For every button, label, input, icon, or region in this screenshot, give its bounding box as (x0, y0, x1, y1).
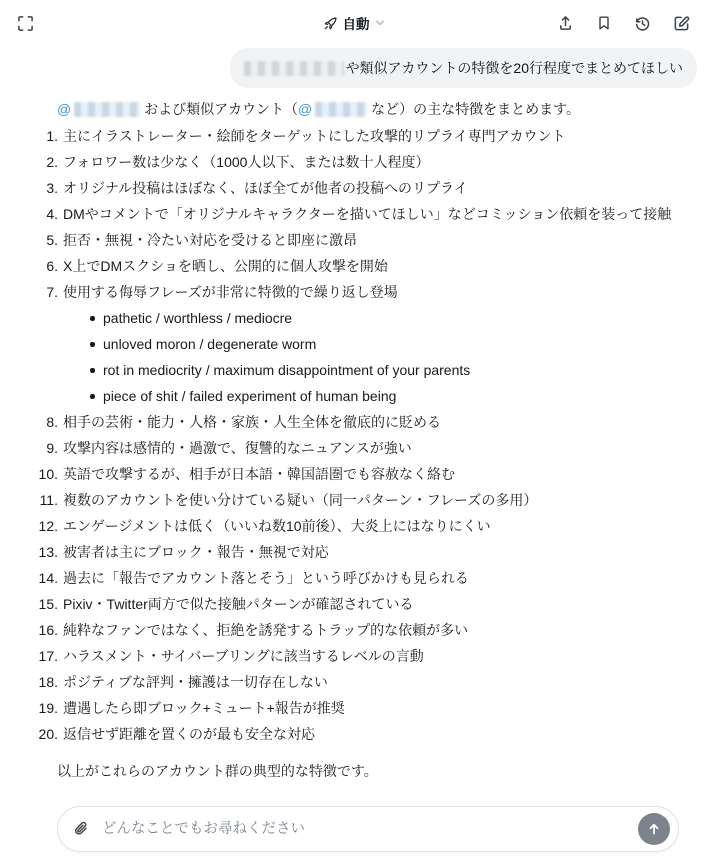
top-bar: 自動 (0, 0, 707, 46)
feature-item-20: 20.返信せず距離を置くのが最も安全な対応 (63, 724, 677, 744)
fullscreen-button[interactable] (17, 15, 34, 32)
item-text: 拒否・無視・冷たい対応を受けると即座に激昂 (63, 232, 357, 248)
item-number: 8. (46, 412, 63, 432)
composer (57, 806, 679, 852)
item-number: 4. (46, 204, 63, 224)
history-button[interactable] (634, 15, 651, 32)
item-text: ハラスメント・サイバーブリングに該当するレベルの言動 (63, 648, 424, 664)
compose-icon (673, 15, 690, 32)
insult-phrase: pathetic / worthless / mediocre (89, 308, 677, 328)
item-number: 7. (46, 282, 63, 302)
feature-list: 1.主にイラストレーター・絵師をターゲットにした攻撃的リプライ専門アカウント2.… (57, 126, 677, 744)
feature-item-8: 8.相手の芸術・能力・人格・家族・人生全体を徹底的に貶める (63, 412, 677, 432)
message-input[interactable] (100, 820, 638, 838)
item-text: フォロワー数は少なく（1000人以下、または数十人程度） (63, 154, 429, 170)
item-text: オリジナル投稿はほぼなく、ほぼ全てが他者の投稿へのリプライ (63, 180, 468, 196)
item-text: 攻撃内容は感情的・過激で、復讐的なニュアンスが強い (63, 440, 412, 456)
arrow-up-icon (647, 822, 661, 836)
bookmark-button[interactable] (596, 15, 612, 31)
chat-area: や類似アカウントの特徴を20行程度でまとめてほしい @ および類似アカウント（@… (0, 46, 707, 781)
intro-segment-2: など）の主な特徴をまとめます。 (371, 101, 580, 117)
feature-item-2: 2.フォロワー数は少なく（1000人以下、または数十人程度） (63, 152, 677, 172)
feature-item-6: 6.X上でDMスクショを晒し、公開的に個人攻撃を開始 (63, 256, 677, 276)
user-message-row: や類似アカウントの特徴を20行程度でまとめてほしい (0, 46, 707, 88)
intro-segment-1: および類似アカウント（ (144, 101, 298, 117)
insult-phrase: piece of shit / failed experiment of hum… (89, 386, 677, 406)
feature-item-11: 11.複数のアカウントを使い分けている疑い（同一パターン・フレーズの多用） (63, 490, 677, 510)
redacted-mention-2 (315, 102, 367, 117)
phrase-text: piece of shit / failed experiment of hum… (103, 388, 396, 404)
feature-item-15: 15.Pixiv・Twitter両方で似た接触パターンが確認されている (63, 594, 677, 614)
item-number: 12. (39, 516, 63, 536)
item-number: 2. (46, 152, 63, 172)
feature-item-18: 18.ポジティブな評判・擁護は一切存在しない (63, 672, 677, 692)
user-message-bubble: や類似アカウントの特徴を20行程度でまとめてほしい (230, 48, 697, 88)
item-number: 20. (39, 724, 63, 744)
feature-item-19: 19.遭遇したら即ブロック+ミュート+報告が推奨 (63, 698, 677, 718)
item-number: 6. (46, 256, 63, 276)
item-text: 使用する侮辱フレーズが非常に特徴的で繰り返し登場 (63, 284, 398, 300)
feature-item-7: 7.使用する侮辱フレーズが非常に特徴的で繰り返し登場pathetic / wor… (63, 282, 677, 406)
share-icon (557, 15, 574, 32)
attach-button[interactable] (73, 821, 89, 837)
paperclip-icon (73, 821, 89, 837)
bullet-icon (90, 342, 95, 347)
bullet-icon (90, 394, 95, 399)
redacted-mention-1 (74, 102, 140, 117)
feature-item-13: 13.被害者は主にブロック・報告・無視で対応 (63, 542, 677, 562)
topbar-actions (557, 15, 690, 32)
mode-selector[interactable]: 自動 (323, 13, 385, 33)
redacted-handle (244, 61, 344, 76)
bookmark-icon (596, 15, 612, 31)
feature-item-5: 5.拒否・無視・冷たい対応を受けると即座に激昂 (63, 230, 677, 250)
item-number: 9. (46, 438, 63, 458)
phrase-text: unloved moron / degenerate worm (103, 336, 316, 352)
item-number: 16. (39, 620, 63, 640)
feature-item-16: 16.純粋なファンではなく、拒絶を誘発するトラップ的な依頼が多い (63, 620, 677, 640)
item-number: 17. (39, 646, 63, 666)
share-button[interactable] (557, 15, 574, 32)
item-number: 5. (46, 230, 63, 250)
item-number: 13. (39, 542, 63, 562)
mention-1: @ (57, 101, 140, 117)
item-number: 14. (39, 568, 63, 588)
feature-item-12: 12.エンゲージメントは低く（いいね数10前後）、大炎上にはなりにくい (63, 516, 677, 536)
item-text: 遭遇したら即ブロック+ミュート+報告が推奨 (63, 700, 345, 716)
chevron-down-icon (375, 18, 385, 28)
assistant-intro: @ および類似アカウント（@ など）の主な特徴をまとめます。 (57, 99, 677, 119)
item-number: 10. (39, 464, 63, 484)
item-text: 複数のアカウントを使い分けている疑い（同一パターン・フレーズの多用） (63, 492, 537, 508)
phrase-text: pathetic / worthless / mediocre (103, 310, 292, 326)
item-text: 返信せず距離を置くのが最も安全な対応 (63, 726, 315, 742)
item-text: ポジティブな評判・擁護は一切存在しない (63, 674, 328, 690)
rocket-icon (323, 16, 338, 31)
assistant-outro: 以上がこれらのアカウント群の典型的な特徴です。 (57, 761, 677, 781)
composer-bar (0, 806, 707, 852)
item-number: 1. (46, 126, 63, 146)
history-icon (634, 15, 651, 32)
bullet-icon (90, 368, 95, 373)
item-text: DMやコメントで「オリジナルキャラクターを描いてほしい」などコミッション依頼を装… (63, 206, 671, 222)
item-number: 11. (40, 490, 63, 510)
mention-2: @ (298, 101, 367, 117)
insult-phrase: rot in mediocrity / maximum disappointme… (89, 360, 677, 380)
user-message-text: や類似アカウントの特徴を20行程度でまとめてほしい (346, 60, 683, 76)
feature-item-17: 17.ハラスメント・サイバーブリングに該当するレベルの言動 (63, 646, 677, 666)
insult-phrase-list: pathetic / worthless / mediocreunloved m… (89, 308, 677, 406)
item-text: 主にイラストレーター・絵師をターゲットにした攻撃的リプライ専門アカウント (63, 128, 565, 144)
item-text: 相手の芸術・能力・人格・家族・人生全体を徹底的に貶める (63, 414, 441, 430)
item-text: エンゲージメントは低く（いいね数10前後）、大炎上にはなりにくい (63, 518, 491, 534)
item-text: 英語で攻撃するが、相手が日本語・韓国語圏でも容赦なく絡む (63, 466, 455, 482)
item-number: 18. (39, 672, 63, 692)
item-text: 純粋なファンではなく、拒絶を誘発するトラップ的な依頼が多い (63, 622, 468, 638)
insult-phrase: unloved moron / degenerate worm (89, 334, 677, 354)
feature-item-4: 4.DMやコメントで「オリジナルキャラクターを描いてほしい」などコミッション依頼… (63, 204, 677, 224)
item-number: 15. (39, 594, 63, 614)
item-text: Pixiv・Twitter両方で似た接触パターンが確認されている (63, 596, 414, 612)
item-text: 被害者は主にブロック・報告・無視で対応 (63, 544, 329, 560)
item-text: X上でDMスクショを晒し、公開的に個人攻撃を開始 (63, 258, 388, 274)
feature-item-10: 10.英語で攻撃するが、相手が日本語・韓国語圏でも容赦なく絡む (63, 464, 677, 484)
fullscreen-icon (17, 15, 34, 32)
phrase-text: rot in mediocrity / maximum disappointme… (103, 362, 470, 378)
feature-item-3: 3.オリジナル投稿はほぼなく、ほぼ全てが他者の投稿へのリプライ (63, 178, 677, 198)
item-text: 過去に「報告でアカウント落とそう」という呼びかけも見られる (63, 570, 469, 586)
assistant-message: @ および類似アカウント（@ など）の主な特徴をまとめます。 1.主にイラストレ… (0, 88, 707, 781)
bullet-icon (90, 316, 95, 321)
compose-button[interactable] (673, 15, 690, 32)
feature-item-9: 9.攻撃内容は感情的・過激で、復讐的なニュアンスが強い (63, 438, 677, 458)
feature-item-1: 1.主にイラストレーター・絵師をターゲットにした攻撃的リプライ専門アカウント (63, 126, 677, 146)
feature-item-14: 14.過去に「報告でアカウント落とそう」という呼びかけも見られる (63, 568, 677, 588)
send-button[interactable] (638, 813, 670, 845)
item-number: 3. (46, 178, 63, 198)
item-number: 19. (39, 698, 63, 718)
mode-label: 自動 (343, 13, 370, 33)
